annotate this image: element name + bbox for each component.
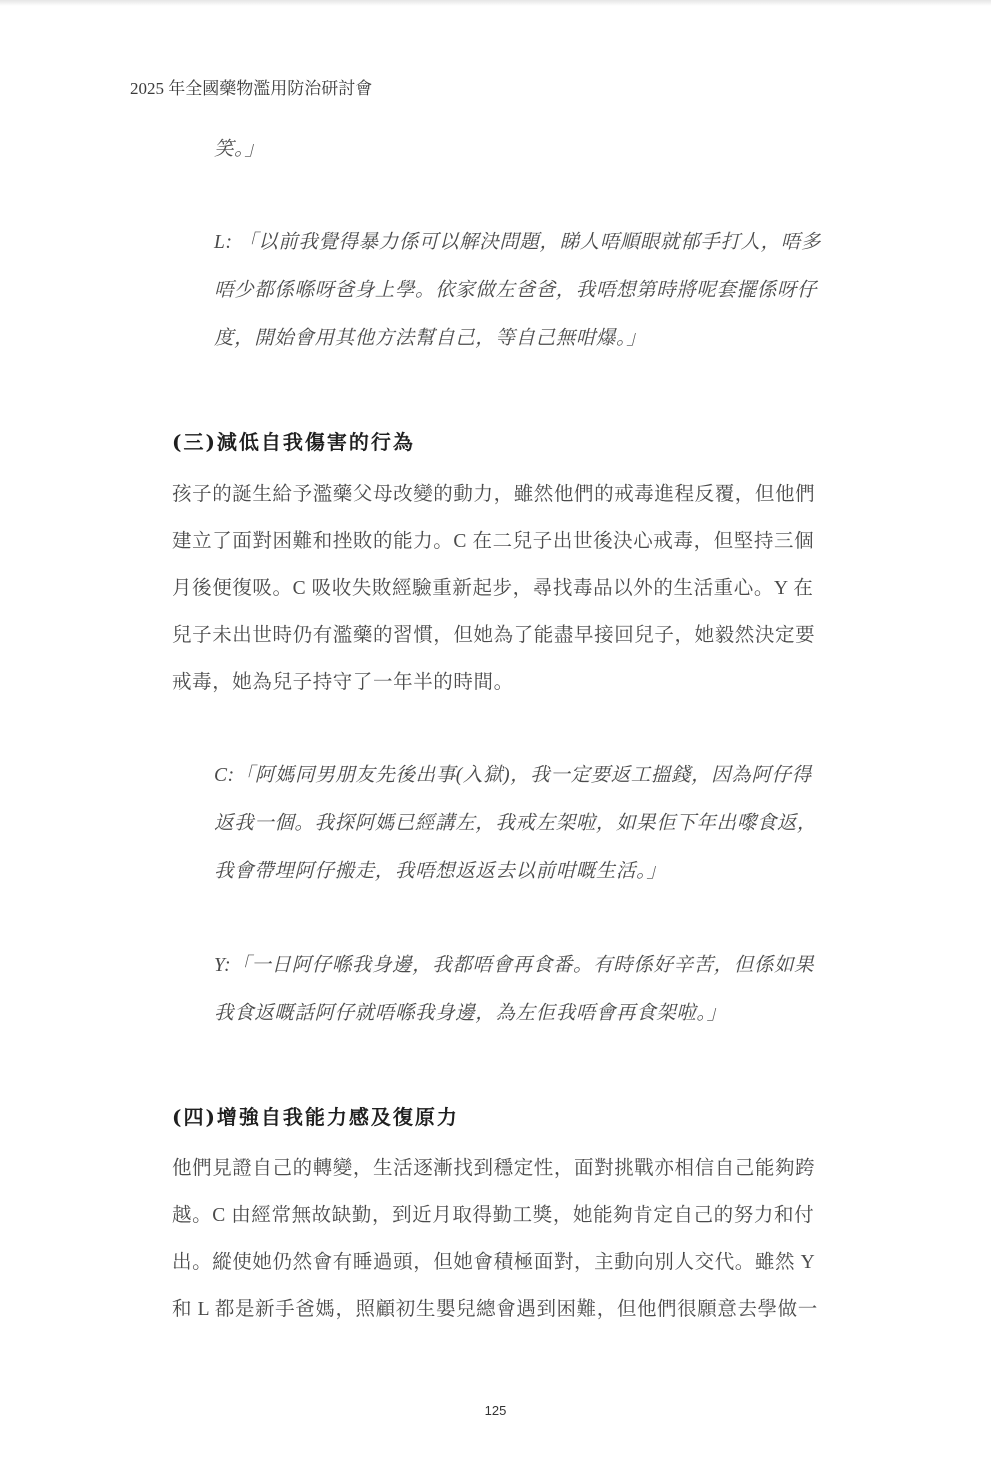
- quote-line: C:「阿媽同男朋友先後出事(入獄)，我一定要返工搵錢，因為阿仔得: [214, 752, 854, 800]
- quote-C: C:「阿媽同男朋友先後出事(入獄)，我一定要返工搵錢，因為阿仔得 返我一個。我探…: [214, 752, 854, 896]
- section-heading-3: (三)減低自我傷害的行為: [172, 426, 415, 455]
- running-header: 2025 年全國藥物濫用防治研討會: [130, 74, 372, 99]
- page-top-edge: [0, 0, 991, 6]
- quote-line: L: 「以前我覺得暴力係可以解決問題，睇人唔順眼就郁手打人，唔多: [214, 219, 854, 267]
- quote-fragment: 笑。」: [214, 126, 854, 174]
- quote-line: Y:「一日阿仔喺我身邊，我都唔會再食番。有時係好辛苦，但係如果: [214, 942, 854, 990]
- paragraph-line: 出。縱使她仍然會有睡過頭，但她會積極面對，主動向別人交代。雖然 Y: [172, 1239, 852, 1286]
- paragraph-line: 戒毒，她為兒子持守了一年半的時間。: [172, 659, 852, 706]
- quote-L: L: 「以前我覺得暴力係可以解決問題，睇人唔順眼就郁手打人，唔多 唔少都係喺呀爸…: [214, 219, 854, 363]
- paragraph-line: 建立了面對困難和挫敗的能力。C 在二兒子出世後決心戒毒，但堅持三個: [172, 518, 852, 565]
- quote-line: 我食返嘅話阿仔就唔喺我身邊，為左佢我唔會再食架啦。」: [214, 990, 854, 1038]
- quote-line: 笑。」: [214, 126, 854, 174]
- page-number: 125: [0, 1403, 991, 1418]
- quote-line: 返我一個。我探阿媽已經講左，我戒左架啦，如果佢下年出嚟食返，: [214, 800, 854, 848]
- paragraph-line: 和 L 都是新手爸媽，照顧初生嬰兒總會遇到困難，但他們很願意去學做一: [172, 1286, 852, 1333]
- section3-paragraph: 孩子的誕生給予濫藥父母改變的動力，雖然他們的戒毒進程反覆，但他們 建立了面對困難…: [172, 471, 852, 706]
- quote-line: 我會帶埋阿仔搬走，我唔想返返去以前咁嘅生活。」: [214, 848, 854, 896]
- section-heading-4: (四)增強自我能力感及復原力: [172, 1101, 459, 1130]
- quote-line: 度，開始會用其他方法幫自己，等自己無咁爆。」: [214, 315, 854, 363]
- paragraph-line: 孩子的誕生給予濫藥父母改變的動力，雖然他們的戒毒進程反覆，但他們: [172, 471, 852, 518]
- quote-line: 唔少都係喺呀爸身上學。依家做左爸爸，我唔想第時將呢套擺係呀仔: [214, 267, 854, 315]
- paragraph-line: 他們見證自己的轉變，生活逐漸找到穩定性，面對挑戰亦相信自己能夠跨: [172, 1145, 852, 1192]
- paragraph-line: 兒子未出世時仍有濫藥的習慣，但她為了能盡早接回兒子，她毅然決定要: [172, 612, 852, 659]
- paragraph-line: 月後便復吸。C 吸收失敗經驗重新起步，尋找毒品以外的生活重心。Y 在: [172, 565, 852, 612]
- paragraph-line: 越。C 由經常無故缺勤，到近月取得勤工獎，她能夠肯定自己的努力和付: [172, 1192, 852, 1239]
- quote-Y: Y:「一日阿仔喺我身邊，我都唔會再食番。有時係好辛苦，但係如果 我食返嘅話阿仔就…: [214, 942, 854, 1038]
- section4-paragraph: 他們見證自己的轉變，生活逐漸找到穩定性，面對挑戰亦相信自己能夠跨 越。C 由經常…: [172, 1145, 852, 1333]
